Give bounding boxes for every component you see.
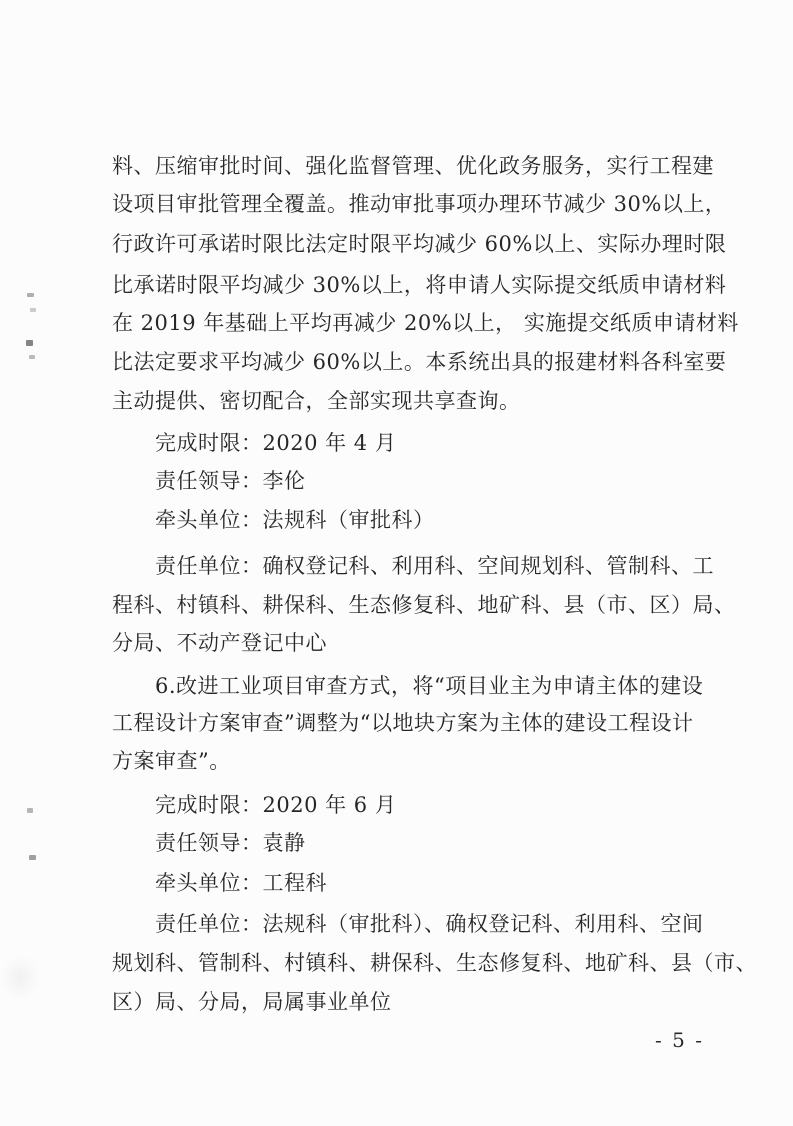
text-line-lead-unit: 牵头单位：工程科 xyxy=(155,870,708,897)
text-line: 分局、不动产登记中心 xyxy=(112,630,708,657)
text-line: 方案审查”。 xyxy=(112,748,708,775)
text-line-leader: 责任领导：李伦 xyxy=(155,468,708,495)
page-number: - 5 - xyxy=(655,1028,704,1052)
text-line: 设项目审批管理全覆盖。推动审批事项办理环节减少 30%以上， xyxy=(112,191,708,218)
scan-smudge xyxy=(0,955,40,1000)
scan-speck xyxy=(29,355,35,359)
text-line: 区）局、分局，局属事业单位 xyxy=(112,989,708,1016)
text-line-resp-unit: 责任单位：法规科（审批科）、确权登记科、利用科、空间 xyxy=(155,911,708,938)
document-page: 料、压缩审批时间、强化监督管理、优化政务服务，实行工程建 设项目审批管理全覆盖。… xyxy=(0,0,793,1126)
scan-speck xyxy=(29,855,36,860)
text-line: 比法定要求平均减少 60%以上。本系统出具的报建材料各科室要 xyxy=(112,349,708,376)
text-line: 料、压缩审批时间、强化监督管理、优化政务服务，实行工程建 xyxy=(112,153,708,180)
text-line: 规划科、管制科、村镇科、耕保科、生态修复科、地矿科、县（市、 xyxy=(112,950,708,977)
text-line: 在 2019 年基础上平均再减少 20%以上， 实施提交纸质申请材料 xyxy=(112,310,708,337)
scan-speck xyxy=(30,308,36,312)
text-line: 程科、村镇科、耕保科、生态修复科、地矿科、县（市、区）局、 xyxy=(112,592,708,619)
text-line: 行政许可承诺时限比法定时限平均减少 60%以上、实际办理时限 xyxy=(112,231,708,258)
text-line-leader: 责任领导：袁静 xyxy=(155,830,708,857)
text-line: 主动提供、密切配合，全部实现共享查询。 xyxy=(112,388,708,415)
scan-speck xyxy=(27,293,34,297)
text-line-item-6: 6.改进工业项目审查方式，将“项目业主为申请主体的建设 xyxy=(155,673,708,700)
text-line-resp-unit: 责任单位：确权登记科、利用科、空间规划科、管制科、工 xyxy=(155,553,708,580)
scan-speck xyxy=(27,808,33,813)
text-line: 工程设计方案审查”调整为“以地块方案为主体的建设工程设计 xyxy=(112,710,708,737)
scan-speck xyxy=(26,340,33,346)
text-line-deadline: 完成时限：2020 年 6 月 xyxy=(155,792,708,819)
text-line-lead-unit: 牵头单位：法规科（审批科） xyxy=(155,507,708,534)
text-line-deadline: 完成时限：2020 年 4 月 xyxy=(155,430,708,457)
text-line: 比承诺时限平均减少 30%以上，将申请人实际提交纸质申请材料 xyxy=(112,272,708,299)
